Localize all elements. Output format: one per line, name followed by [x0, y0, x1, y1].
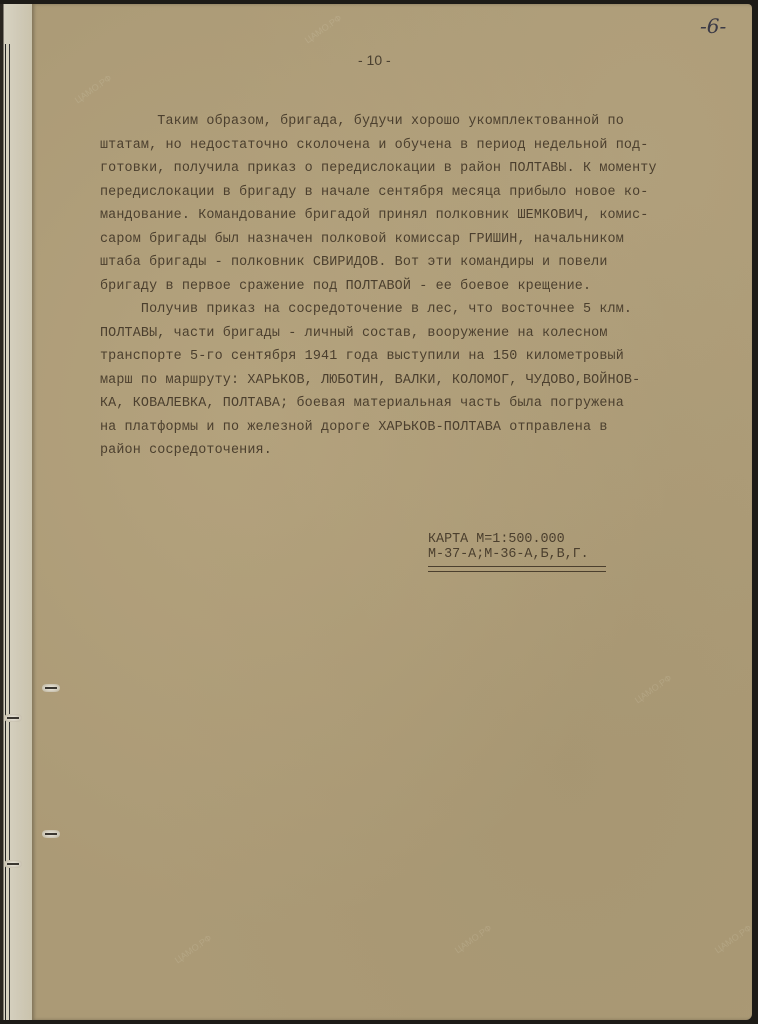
double-underline — [428, 566, 606, 572]
text-line: Таким образом, бригада, будучи хорошо ук… — [100, 110, 700, 134]
text-line: штатам, но недостаточно сколочена и обуч… — [100, 134, 700, 158]
text-line: КА, КОВАЛЕВКА, ПОЛТАВА; боевая материаль… — [100, 392, 700, 416]
text-line: штаба бригады - полковник СВИРИДОВ. Вот … — [100, 251, 700, 275]
text-line: бригаду в первое сражение под ПОЛТАВОЙ -… — [100, 275, 700, 299]
text-line: мандование. Командование бригадой принял… — [100, 204, 700, 228]
binding-rule — [5, 44, 6, 1020]
text-line: передислокации в бригаду в начале сентяб… — [100, 181, 700, 205]
staple-icon — [4, 714, 22, 722]
text-line: Получив приказ на сосредоточение в лес, … — [100, 298, 700, 322]
typed-page-number: - 10 - — [358, 52, 391, 68]
text-line: транспорте 5-го сентября 1941 года высту… — [100, 345, 700, 369]
staple-hole-icon — [42, 830, 60, 838]
binding-strip — [0, 4, 34, 1020]
staple-icon — [4, 860, 22, 868]
text-line: марш по маршруту: ХАРЬКОВ, ЛЮБОТИН, ВАЛК… — [100, 369, 700, 393]
staple-hole-icon — [42, 684, 60, 692]
watermark: ЦАМО.РФ — [453, 923, 493, 956]
map-sheets: М-37-А;М-36-А,Б,В,Г. — [428, 547, 606, 562]
text-line: готовки, получила приказ о передислокаци… — [100, 157, 700, 181]
watermark: ЦАМО.РФ — [303, 13, 343, 46]
text-line: саром бригады был назначен полковой коми… — [100, 228, 700, 252]
document-body: Таким образом, бригада, будучи хорошо ук… — [100, 110, 700, 463]
binding-rule — [9, 44, 10, 1020]
map-scale: КАРТА М=1:500.000 — [428, 532, 606, 547]
watermark: ЦАМО.РФ — [73, 73, 113, 106]
text-line: ПОЛТАВЫ, части бригады - личный состав, … — [100, 322, 700, 346]
map-reference: КАРТА М=1:500.000 М-37-А;М-36-А,Б,В,Г. — [428, 532, 606, 572]
text-line: район сосредоточения. — [100, 439, 700, 463]
handwritten-page-number: -6- — [700, 14, 726, 38]
watermark: ЦАМО.РФ — [633, 673, 673, 706]
watermark: ЦАМО.РФ — [713, 923, 753, 956]
watermark: ЦАМО.РФ — [173, 933, 213, 966]
text-line: на платформы и по железной дороге ХАРЬКО… — [100, 416, 700, 440]
